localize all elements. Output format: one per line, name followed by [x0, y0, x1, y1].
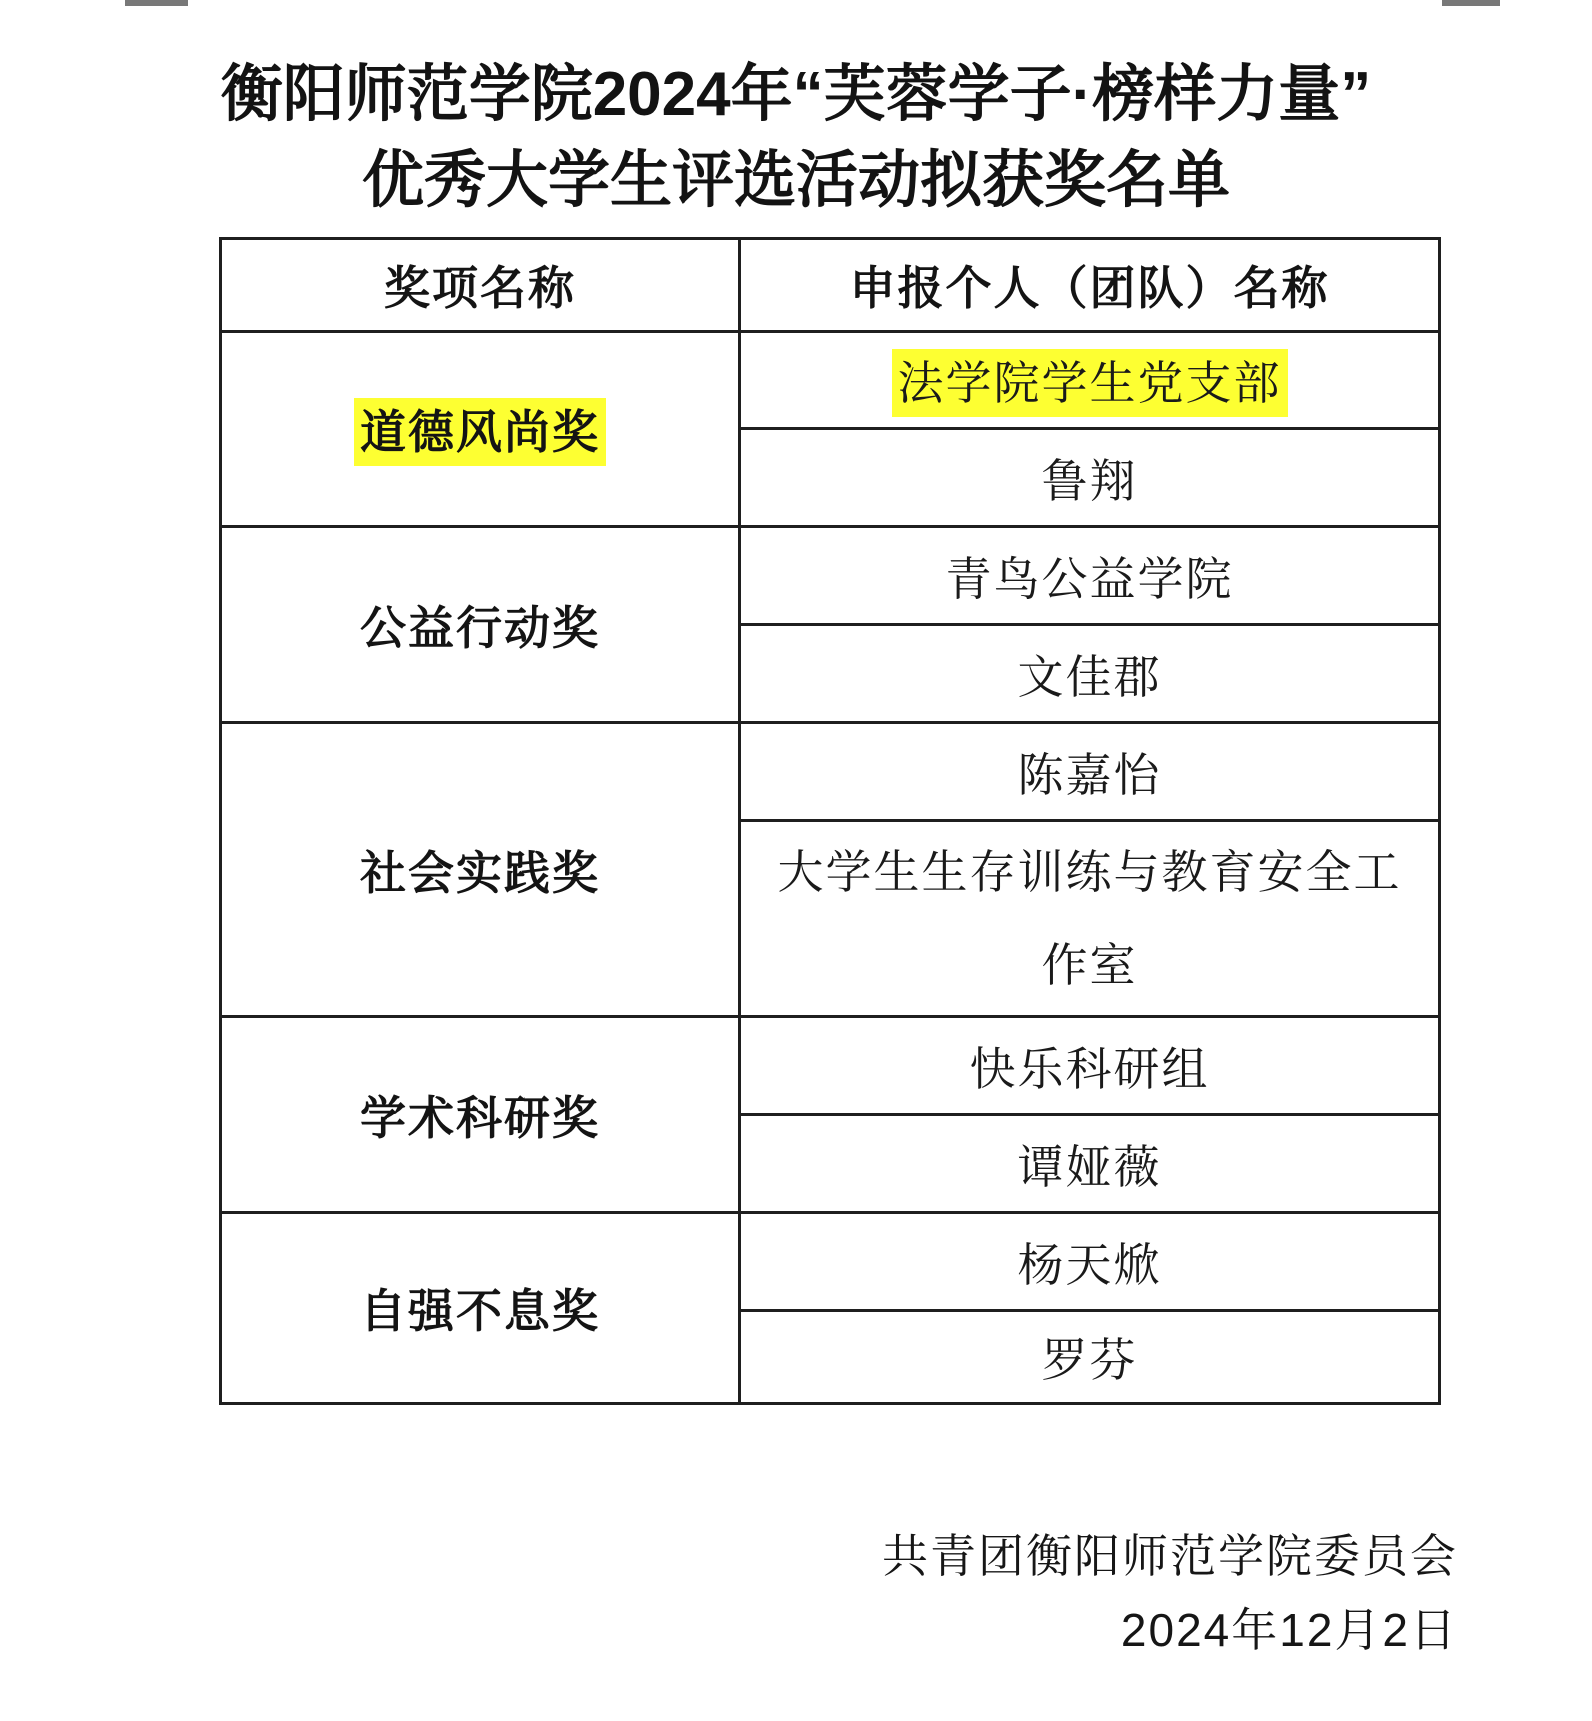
table-row: 公益行动奖青鸟公益学院: [221, 527, 1440, 625]
entry-name: 文佳郡: [1018, 651, 1162, 703]
top-edge-mark-left: [125, 0, 188, 6]
award-cell: 学术科研奖: [221, 1017, 740, 1213]
table-row: 自强不息奖杨天焮: [221, 1213, 1440, 1311]
award-name-highlighted: 道德风尚奖: [354, 398, 606, 466]
award-cell: 道德风尚奖: [221, 332, 740, 527]
entry-name: 快乐科研组: [970, 1043, 1210, 1095]
entry-cell: 文佳郡: [740, 625, 1440, 723]
awards-table-body: 道德风尚奖法学院学生党支部鲁翔公益行动奖青鸟公益学院文佳郡社会实践奖陈嘉怡大学生…: [221, 332, 1440, 1404]
entry-name: 谭娅薇: [1018, 1141, 1162, 1193]
col-header-award-name: 奖项名称: [221, 239, 740, 332]
table-row: 道德风尚奖法学院学生党支部: [221, 332, 1440, 429]
award-name: 学术科研奖: [360, 1092, 600, 1144]
award-cell: 公益行动奖: [221, 527, 740, 723]
entry-name-highlighted: 法学院学生党支部: [892, 349, 1288, 417]
document-title-line-1: 衡阳师范学院2024年“芙蓉学子·榜样力量”: [0, 60, 1592, 130]
entry-name: 罗芬: [1042, 1334, 1138, 1386]
entry-cell: 罗芬: [740, 1311, 1440, 1404]
awards-table: 奖项名称 申报个人（团队）名称 道德风尚奖法学院学生党支部鲁翔公益行动奖青鸟公益…: [219, 237, 1441, 1405]
entry-name: 鲁翔: [1042, 455, 1138, 507]
award-name: 公益行动奖: [360, 602, 600, 654]
entry-cell: 法学院学生党支部: [740, 332, 1440, 429]
footer-date: 2024年12月2日: [0, 1602, 1458, 1658]
award-name: 社会实践奖: [360, 847, 600, 899]
entry-name: 陈嘉怡: [1018, 749, 1162, 801]
award-cell: 社会实践奖: [221, 723, 740, 1017]
entry-name: 大学生生存训练与教育安全工作室: [768, 826, 1412, 1012]
award-name: 自强不息奖: [360, 1285, 600, 1337]
entry-cell: 谭娅薇: [740, 1115, 1440, 1213]
table-header-row: 奖项名称 申报个人（团队）名称: [221, 239, 1440, 332]
entry-cell: 杨天焮: [740, 1213, 1440, 1311]
entry-name: 青鸟公益学院: [946, 553, 1234, 605]
entry-name: 杨天焮: [1018, 1239, 1162, 1291]
col-header-applicant-name: 申报个人（团队）名称: [740, 239, 1440, 332]
table-row: 社会实践奖陈嘉怡: [221, 723, 1440, 821]
entry-cell: 陈嘉怡: [740, 723, 1440, 821]
top-edge-mark-right: [1442, 0, 1500, 6]
table-row: 学术科研奖快乐科研组: [221, 1017, 1440, 1115]
document-title-line-2: 优秀大学生评选活动拟获奖名单: [0, 146, 1592, 216]
entry-cell: 大学生生存训练与教育安全工作室: [740, 821, 1440, 1017]
award-cell: 自强不息奖: [221, 1213, 740, 1404]
entry-cell: 鲁翔: [740, 429, 1440, 527]
footer-organization: 共青团衡阳师范学院委员会: [0, 1528, 1458, 1584]
entry-cell: 青鸟公益学院: [740, 527, 1440, 625]
entry-cell: 快乐科研组: [740, 1017, 1440, 1115]
